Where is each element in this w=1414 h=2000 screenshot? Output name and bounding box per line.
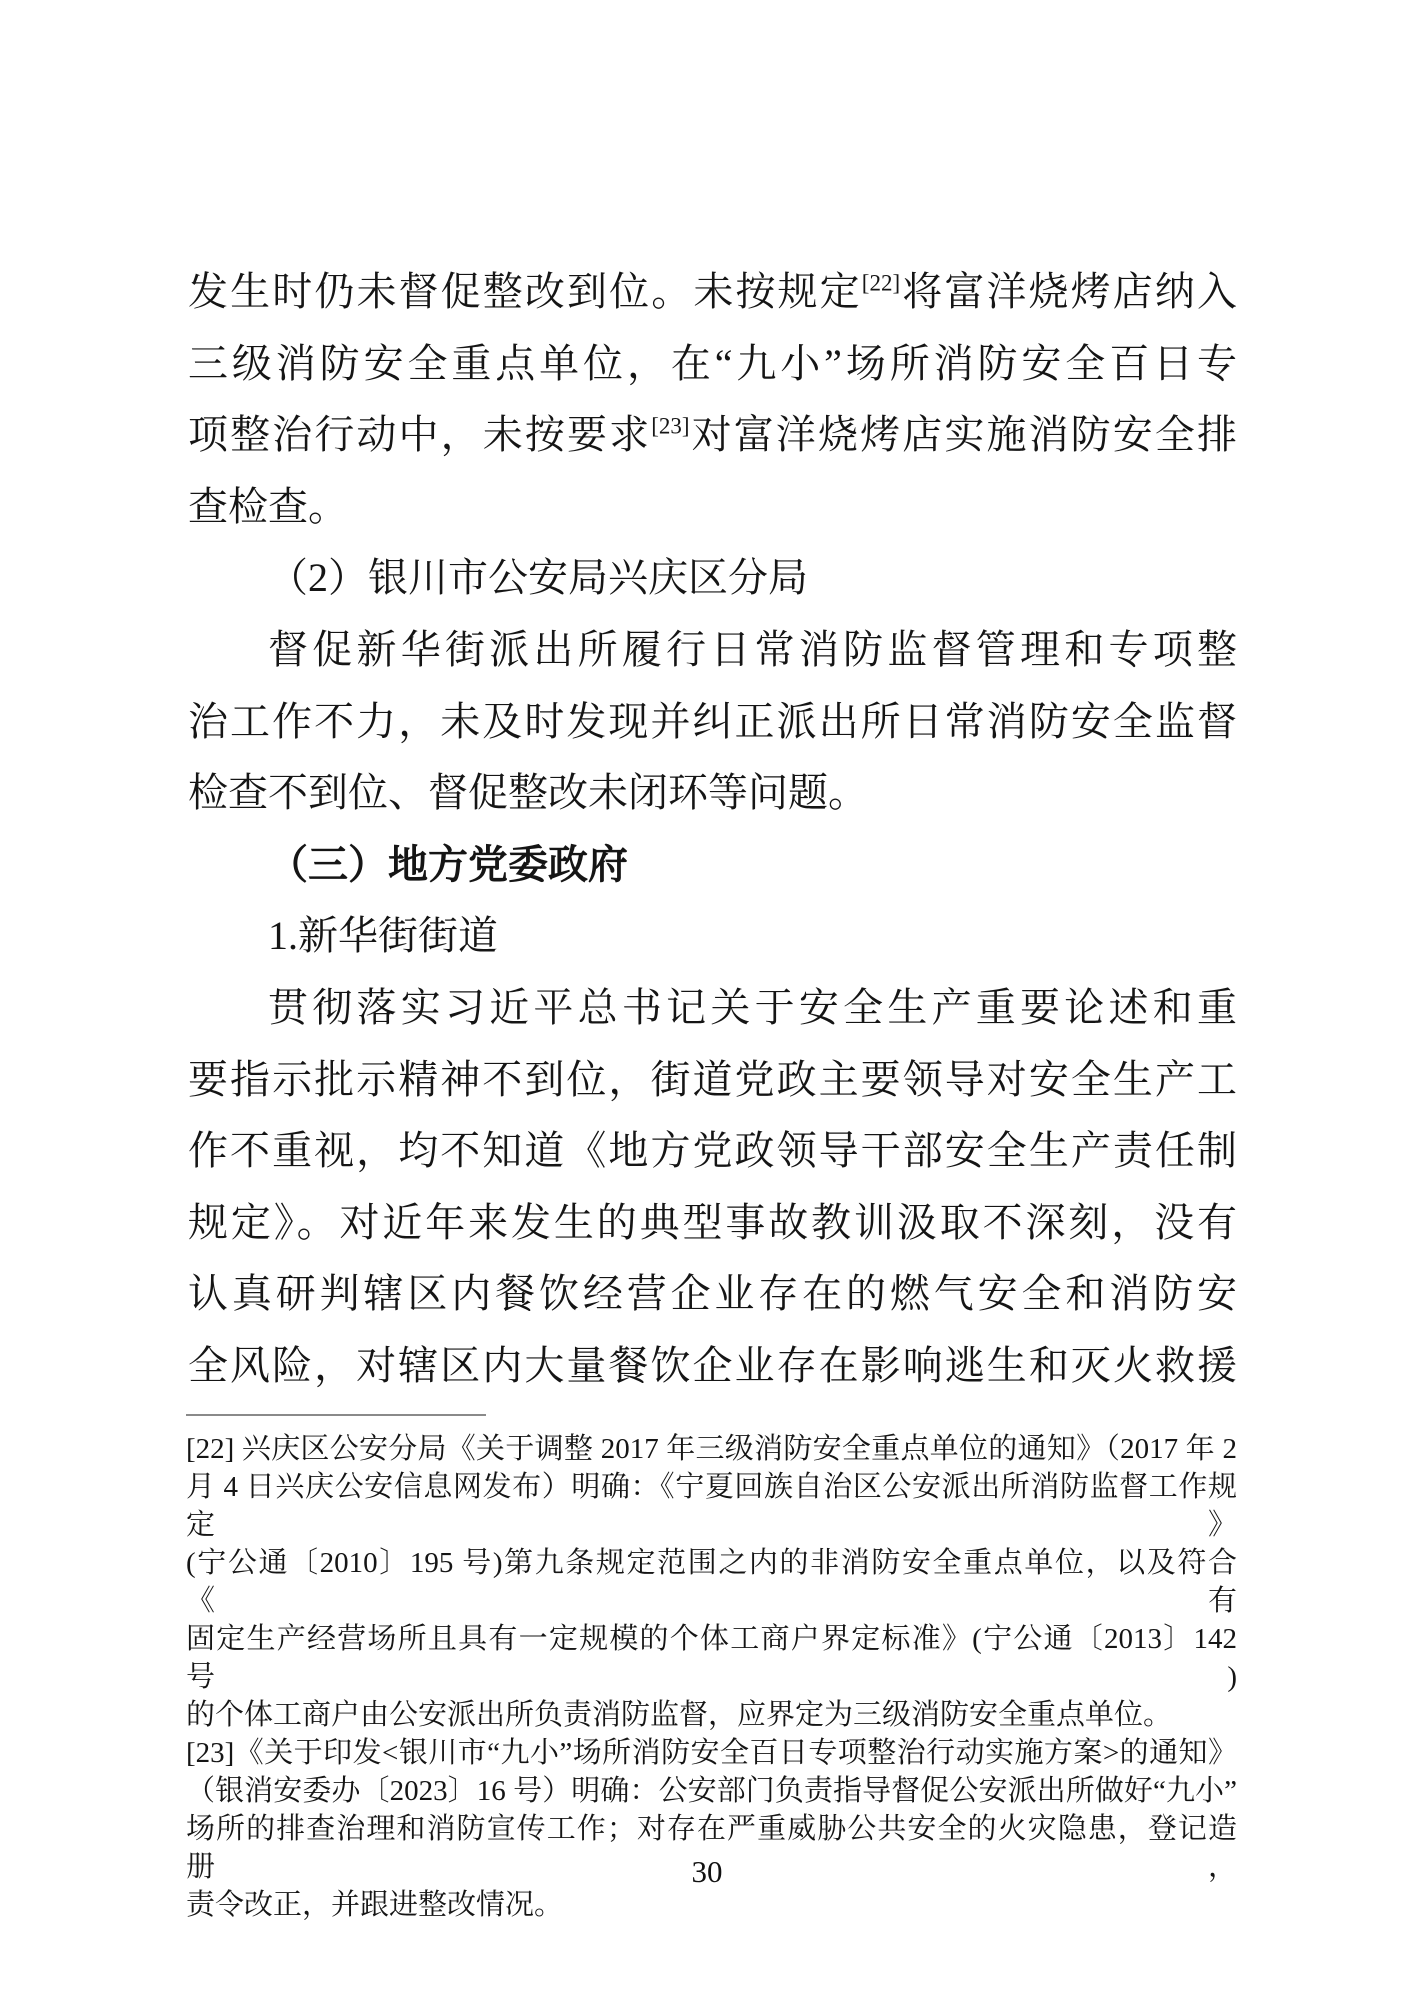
footnote-line: 责令改正，并跟进整改情况。 xyxy=(186,1886,1237,1924)
footnote-line: 的个体工商户由公安派出所负责消防监督，应界定为三级消防安全重点单位。 xyxy=(186,1696,1237,1734)
page-container: 发生时仍未督促整改到位。未按规定[22]将富洋烧烤店纳入三级消防安全重点单位，在… xyxy=(0,0,1414,2000)
footnote-line: [23]《关于印发<银川市“九小”场所消防安全百日专项整治行动实施方案>的通知》 xyxy=(186,1734,1237,1772)
body-line: 作不重视，均不知道《地方党政领导干部安全生产责任制 xyxy=(188,1115,1237,1187)
body-line: 1.新华街街道 xyxy=(188,900,1237,972)
body-line: 督促新华街派出所履行日常消防监督管理和专项整 xyxy=(188,614,1237,686)
body-text: 发生时仍未督促整改到位。未按规定[22]将富洋烧烤店纳入三级消防安全重点单位，在… xyxy=(188,256,1237,1402)
footnote-line: （银消安委办〔2023〕16 号）明确：公安部门负责指导督促公安派出所做好“九小… xyxy=(186,1772,1237,1810)
body-line: 查检查。 xyxy=(188,471,1237,543)
footnote-marker: [22] xyxy=(862,271,900,296)
body-line: 认真研判辖区内餐饮经营企业存在的燃气安全和消防安 xyxy=(188,1258,1237,1330)
body-line: 三级消防安全重点单位，在“九小”场所消防安全百日专 xyxy=(188,328,1237,400)
section-heading-line: （三）地方党委政府 xyxy=(188,829,1237,901)
footnote-line: 固定生产经营场所且具有一定规模的个体工商户界定标准》(宁公通〔2013〕142 … xyxy=(186,1620,1237,1696)
footnote-line: [22] 兴庆区公安分局《关于调整 2017 年三级消防安全重点单位的通知》（2… xyxy=(186,1430,1237,1468)
footnote-section: [22] 兴庆区公安分局《关于调整 2017 年三级消防安全重点单位的通知》（2… xyxy=(186,1430,1237,1924)
body-line: 要指示批示精神不到位，街道党政主要领导对安全生产工 xyxy=(188,1044,1237,1116)
body-line: 规定》。对近年来发生的典型事故教训汲取不深刻，没有 xyxy=(188,1187,1237,1259)
body-line: 全风险，对辖区内大量餐饮企业存在影响逃生和灭火救援 xyxy=(188,1330,1237,1402)
footnote-line: (宁公通〔2010〕195 号)第九条规定范围之内的非消防安全重点单位，以及符合… xyxy=(186,1544,1237,1620)
body-line: （2）银川市公安局兴庆区分局 xyxy=(188,542,1237,614)
body-line: 检查不到位、督促整改未闭环等问题。 xyxy=(188,757,1237,829)
page-number: 30 xyxy=(0,1854,1414,1890)
footnote-separator xyxy=(186,1414,486,1416)
body-line: 贯彻落实习近平总书记关于安全生产重要论述和重 xyxy=(188,972,1237,1044)
body-line: 项整治行动中，未按要求[23]对富洋烧烤店实施消防安全排 xyxy=(188,399,1237,471)
body-line: 治工作不力，未及时发现并纠正派出所日常消防安全监督 xyxy=(188,686,1237,758)
footnote-marker: [23] xyxy=(651,414,689,439)
footnote-line: 月 4 日兴庆公安信息网发布）明确：《宁夏回族自治区公安派出所消防监督工作规定》 xyxy=(186,1468,1237,1544)
body-line: 发生时仍未督促整改到位。未按规定[22]将富洋烧烤店纳入 xyxy=(188,256,1237,328)
